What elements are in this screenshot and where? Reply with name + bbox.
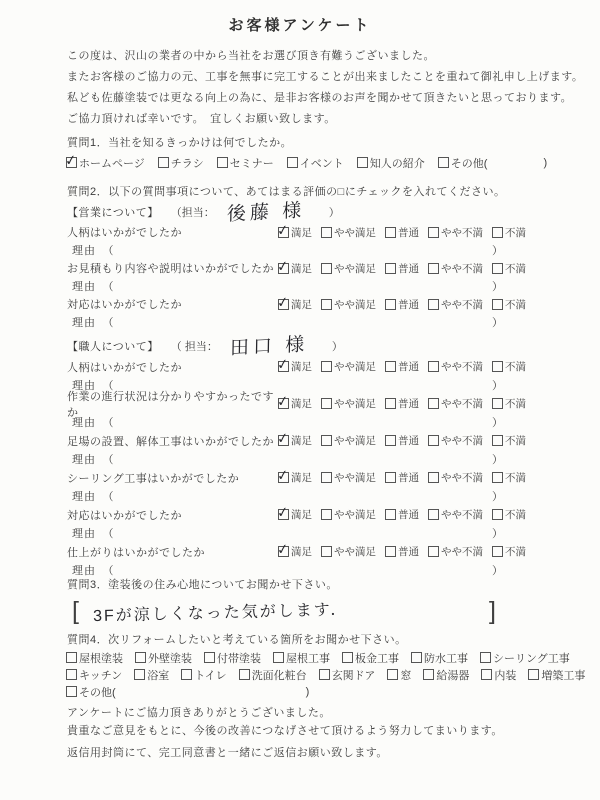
rating-option-label: やや不満 [441, 261, 483, 276]
rating-option[interactable]: やや満足 [321, 544, 376, 559]
rating-option[interactable]: やや満足 [321, 297, 376, 312]
rating-row: 人柄はいかがでしたか 満足 やや満足 [67, 357, 600, 376]
q4-option[interactable]: 屋根工事 [273, 650, 330, 666]
checkbox[interactable] [66, 157, 77, 168]
rating-options: 満足 やや満足 普通 [278, 396, 526, 411]
rating-question: 足場の設置、解体工事はいかがでしたか [67, 433, 278, 449]
checkbox[interactable] [428, 361, 439, 372]
checkbox[interactable] [217, 157, 228, 168]
q2-title: 質問2．以下の質問事項について、あてはまる評価の□にチェックを入れてください。 [67, 186, 600, 199]
option-label: その他( [79, 684, 116, 700]
option-label: 板金工事 [355, 650, 399, 666]
footer-line: アンケートにご協力頂きありがとうございました。 [67, 707, 600, 720]
checkbox[interactable] [239, 669, 250, 680]
rating-option-label: 満足 [291, 470, 312, 485]
checkbox[interactable] [387, 669, 398, 680]
q4-option[interactable]: 外壁塗装 [135, 650, 192, 666]
staff-line: （ 担当： 田口 様 ） [171, 333, 343, 360]
option-label: セミナー [230, 155, 274, 171]
option-label: 知人の紹介 [370, 155, 425, 171]
checkbox[interactable] [438, 157, 449, 168]
rating-option-label: 普通 [398, 433, 419, 448]
rating-option-label: 不満 [505, 396, 526, 411]
other-blank-field[interactable] [116, 687, 306, 697]
rating-option[interactable]: やや不満 [428, 225, 483, 240]
option-label: 窓 [400, 667, 411, 683]
reason-close-paren: ） [492, 314, 504, 330]
option-label: キッチン [79, 667, 122, 683]
rating-option[interactable]: やや満足 [321, 225, 376, 240]
rating-option[interactable]: やや満足 [321, 396, 376, 411]
rating-option-label: やや不満 [441, 544, 483, 559]
rating-option[interactable]: 満足 [278, 507, 312, 522]
rating-row: 仕上がりはいかがでしたか 満足 やや満足 [67, 542, 600, 561]
rating-option-label: 満足 [291, 297, 312, 312]
q4-option[interactable]: 給湯器 [423, 667, 469, 683]
checkbox[interactable] [278, 299, 289, 310]
option-label: ホームページ [79, 155, 145, 171]
q4-option[interactable]: シーリング工事 [480, 650, 570, 666]
q4-options-row-1: 屋根塗装 外壁塗装 付帯塗装 屋根工事 [66, 651, 600, 664]
checkbox[interactable] [385, 263, 396, 274]
rating-option[interactable]: 不満 [492, 359, 526, 374]
staff-prefix: （担当： [171, 204, 215, 220]
section-craftsman-heading: 【職人について】 （ 担当： 田口 様 ） [67, 335, 600, 357]
rating-option[interactable]: 満足 [278, 470, 312, 485]
reason-label: 理由 （ [72, 451, 115, 467]
rating-option[interactable]: やや不満 [428, 261, 483, 276]
section-title: 【職人について】 [67, 338, 159, 354]
rating-option[interactable]: 不満 [492, 470, 526, 485]
checkbox[interactable] [287, 157, 298, 168]
rating-option-label: やや満足 [334, 470, 376, 485]
q4-option[interactable]: キッチン [66, 667, 122, 683]
option-label: 屋根工事 [286, 650, 330, 666]
checkbox[interactable] [385, 398, 396, 409]
craftsman-rating-rows: 人柄はいかがでしたか 満足 やや満足 [0, 357, 600, 579]
rating-option[interactable]: 満足 [278, 433, 312, 448]
rating-row: お見積もり内容や説明はいかがでしたか 満足 やや満足 [67, 259, 600, 277]
checkbox[interactable] [321, 509, 332, 520]
reason-label: 理由 （ [72, 562, 115, 578]
checkbox[interactable] [181, 669, 192, 680]
q4-option[interactable]: 内装 [481, 667, 516, 683]
rating-option-label: 不満 [505, 433, 526, 448]
checkbox[interactable] [357, 157, 368, 168]
reason-line: 理由 （ ） [72, 561, 504, 579]
staff-suffix: ） [329, 204, 340, 220]
rating-option-label: 不満 [505, 470, 526, 485]
rating-option-label: 普通 [398, 359, 419, 374]
option-label: 内装 [494, 667, 516, 683]
checkbox[interactable] [428, 509, 439, 520]
rating-options: 満足 やや満足 普通 [278, 297, 526, 312]
checkbox[interactable] [385, 361, 396, 372]
reason-line: 理由 （ ） [72, 241, 504, 259]
checkbox[interactable] [385, 227, 396, 238]
q4-option[interactable]: 浴室 [134, 667, 169, 683]
rating-option-label: やや満足 [334, 544, 376, 559]
rating-option[interactable]: 満足 [278, 261, 312, 276]
rating-option-label: やや満足 [334, 359, 376, 374]
rating-option-label: 不満 [505, 261, 526, 276]
rating-question: シーリング工事はいかがでしたか [67, 470, 278, 486]
rating-option-label: 満足 [291, 433, 312, 448]
rating-option-label: 満足 [291, 507, 312, 522]
checkbox[interactable] [135, 652, 146, 663]
intro-line: この度は、沢山の業者の中から当社をお選び頂き有難うございました。 [67, 46, 600, 67]
reason-line: 理由 （ ） [72, 277, 504, 295]
q4-option[interactable]: 増築工事 [528, 667, 585, 683]
reason-label: 理由 （ [72, 525, 115, 541]
rating-option[interactable]: やや不満 [428, 470, 483, 485]
checkbox[interactable] [204, 652, 215, 663]
rating-option-label: 不満 [505, 297, 526, 312]
checkbox[interactable] [411, 652, 422, 663]
checkbox[interactable] [278, 546, 289, 557]
rating-option[interactable]: やや不満 [428, 433, 483, 448]
page-title: お客様アンケート [0, 0, 600, 34]
footer-line: 返信用封筒にて、完工同意書と一緒にご返信お願い致します。 [67, 747, 600, 760]
rating-option-label: やや満足 [334, 261, 376, 276]
checkbox[interactable] [428, 299, 439, 310]
staff-name-handwritten: 後藤 様 [227, 194, 317, 226]
rating-option-label: やや満足 [334, 225, 376, 240]
checkbox[interactable] [428, 435, 439, 446]
survey-page: お客様アンケート この度は、沢山の業者の中から当社をお選び頂き有難うございました… [0, 0, 600, 800]
rating-option-label: 普通 [398, 225, 419, 240]
rating-option[interactable]: やや満足 [321, 433, 376, 448]
reason-line: 理由 （ ） [72, 450, 504, 468]
checkbox[interactable] [428, 546, 439, 557]
rating-options: 満足 やや満足 普通 [278, 225, 526, 240]
q1-title: 質問1．当社を知るきっかけは何でしたか。 [67, 137, 600, 150]
option-label: 洗面化粧台 [252, 667, 307, 683]
reason-close-paren: ） [492, 451, 504, 467]
rating-option-label: やや不満 [441, 225, 483, 240]
checkbox[interactable] [528, 669, 539, 680]
checkbox[interactable] [492, 509, 503, 520]
q4-option[interactable]: 玄関ドア [319, 667, 376, 683]
q4-options-row-other: その他( ) [66, 685, 600, 698]
checkbox[interactable] [385, 435, 396, 446]
q4-option[interactable]: 洗面化粧台 [239, 667, 307, 683]
option-label: 増築工事 [541, 667, 585, 683]
rating-option-label: 満足 [291, 359, 312, 374]
q4-option[interactable]: 窓 [387, 667, 411, 683]
footer-line: 貴重なご意見をもとに、今後の改善につなげさせて頂けるよう努力してまいります。 [67, 725, 600, 738]
rating-row: 作業の進行状況は分かりやすかったですか 満足 やや満足 [67, 394, 600, 413]
rating-row: 足場の設置、解体工事はいかがでしたか 満足 やや満足 [67, 431, 600, 450]
rating-option-label: 普通 [398, 507, 419, 522]
rating-option[interactable]: 不満 [492, 225, 526, 240]
rating-option[interactable]: やや満足 [321, 507, 376, 522]
rating-option[interactable]: やや満足 [321, 261, 376, 276]
checkbox[interactable] [134, 669, 145, 680]
q1-option[interactable]: 知人の紹介 [357, 155, 425, 171]
q4-option[interactable]: 板金工事 [342, 650, 399, 666]
q3-handwritten-answer: 3Fが涼しくなった気がします． [93, 592, 490, 625]
q4-option-other[interactable]: その他( ) [66, 684, 309, 700]
option-label: 玄関ドア [332, 667, 376, 683]
rating-option[interactable]: やや不満 [428, 297, 483, 312]
rating-option[interactable]: 普通 [385, 544, 419, 559]
rating-option-label: やや満足 [334, 297, 376, 312]
checkbox[interactable] [428, 398, 439, 409]
rating-option-label: やや満足 [334, 433, 376, 448]
reason-label: 理由 （ [72, 314, 115, 330]
rating-option-label: 不満 [505, 544, 526, 559]
intro-paragraph: この度は、沢山の業者の中から当社をお選び頂き有難うございました。 またお客様のご… [67, 46, 600, 130]
q1-option-list: ホームページ チラシ セミナー イベント [66, 155, 425, 171]
rating-options: 満足 やや満足 普通 [278, 470, 526, 485]
option-label: 浴室 [147, 667, 169, 683]
rating-option-label: やや不満 [441, 359, 483, 374]
rating-option[interactable]: 不満 [492, 261, 526, 276]
checkbox[interactable] [492, 361, 503, 372]
rating-question: 仕上がりはいかがでしたか [67, 544, 278, 560]
rating-option-label: 不満 [505, 507, 526, 522]
q1-option[interactable]: ホームページ [66, 155, 145, 171]
rating-option[interactable]: 満足 [278, 297, 312, 312]
sales-rating-rows: 人柄はいかがでしたか 満足 やや満足 [0, 223, 600, 331]
rating-option-label: やや不満 [441, 507, 483, 522]
paren-close: ) [543, 157, 547, 169]
rating-options: 満足 やや満足 普通 [278, 359, 526, 374]
checkbox[interactable] [66, 686, 77, 697]
q1-option[interactable]: セミナー [217, 155, 274, 171]
checkbox[interactable] [321, 546, 332, 557]
checkbox[interactable] [342, 652, 353, 663]
checkbox[interactable] [158, 157, 169, 168]
checkbox[interactable] [278, 472, 289, 483]
q3-answer-area[interactable]: [ 3Fが涼しくなった気がします． ] [72, 593, 496, 629]
rating-option[interactable]: 普通 [385, 470, 419, 485]
rating-options: 満足 やや満足 普通 [278, 507, 526, 522]
rating-option[interactable]: 不満 [492, 507, 526, 522]
checkbox[interactable] [428, 263, 439, 274]
reason-close-paren: ） [492, 488, 504, 504]
checkbox[interactable] [428, 472, 439, 483]
staff-suffix: ） [332, 338, 343, 354]
q4-option-list-1: 屋根塗装 外壁塗装 付帯塗装 屋根工事 [66, 650, 570, 666]
rating-option-label: やや満足 [334, 396, 376, 411]
rating-option-label: 普通 [398, 470, 419, 485]
checkbox[interactable] [492, 398, 503, 409]
option-label: 付帯塗装 [217, 650, 261, 666]
checkbox[interactable] [385, 472, 396, 483]
paren-close: ) [306, 686, 310, 698]
checkbox[interactable] [492, 299, 503, 310]
rating-option[interactable]: 不満 [492, 396, 526, 411]
option-label: シーリング工事 [493, 650, 570, 666]
reason-close-paren: ） [492, 525, 504, 541]
checkbox[interactable] [423, 669, 434, 680]
checkbox[interactable] [66, 652, 77, 663]
rating-question: 対応はいかがでしたか [67, 507, 278, 523]
checkbox[interactable] [278, 398, 289, 409]
rating-option-label: やや不満 [441, 433, 483, 448]
checkbox[interactable] [278, 263, 289, 274]
option-label: 外壁塗装 [148, 650, 192, 666]
q1-options-row: ホームページ チラシ セミナー イベント [66, 156, 600, 169]
reason-label: 理由 （ [72, 278, 115, 294]
rating-options: 満足 やや満足 普通 [278, 261, 526, 276]
q4-option[interactable]: 付帯塗装 [204, 650, 261, 666]
rating-option-label: やや不満 [441, 470, 483, 485]
intro-line: 私ども佐藤塗装では更なる向上の為に、是非お客様のお声を聞かせて頂きたいと思ってお… [67, 88, 600, 109]
rating-option[interactable]: 普通 [385, 297, 419, 312]
checkbox[interactable] [321, 227, 332, 238]
rating-option[interactable]: 満足 [278, 359, 312, 374]
rating-option[interactable]: 普通 [385, 225, 419, 240]
checkbox[interactable] [273, 652, 284, 663]
rating-option[interactable]: 満足 [278, 544, 312, 559]
option-label: 給湯器 [436, 667, 469, 683]
rating-option[interactable]: 普通 [385, 359, 419, 374]
rating-option[interactable]: 満足 [278, 396, 312, 411]
option-label: トイレ [194, 667, 226, 683]
rating-option[interactable]: 普通 [385, 507, 419, 522]
rating-option-label: 満足 [291, 261, 312, 276]
rating-option[interactable]: 普通 [385, 261, 419, 276]
rating-option[interactable]: 普通 [385, 433, 419, 448]
staff-name-handwritten: 田口 様 [230, 328, 320, 360]
checkbox[interactable] [278, 435, 289, 446]
rating-option[interactable]: 普通 [385, 396, 419, 411]
reason-label: 理由 （ [72, 242, 115, 258]
q3-title: 質問3．塗装後の住み心地についてお聞かせ下さい。 [67, 579, 600, 592]
checkbox[interactable] [481, 669, 492, 680]
checkbox[interactable] [278, 361, 289, 372]
option-label: イベント [300, 155, 344, 171]
checkbox[interactable] [321, 398, 332, 409]
checkbox[interactable] [385, 546, 396, 557]
rating-option[interactable]: やや不満 [428, 359, 483, 374]
rating-option-label: やや満足 [334, 507, 376, 522]
rating-option-label: 普通 [398, 544, 419, 559]
rating-option[interactable]: 不満 [492, 433, 526, 448]
rating-options: 満足 やや満足 普通 [278, 433, 526, 448]
checkbox[interactable] [492, 435, 503, 446]
rating-option-label: やや不満 [441, 396, 483, 411]
rating-question: お見積もり内容や説明はいかがでしたか [67, 260, 278, 276]
q4-options-row-2: キッチン 浴室 トイレ 洗面化粧台 [66, 668, 600, 681]
reason-label: 理由 （ [72, 488, 115, 504]
rating-row: 対応はいかがでしたか 満足 やや満足 [67, 505, 600, 524]
checkbox[interactable] [321, 361, 332, 372]
option-label: チラシ [171, 155, 204, 171]
checkbox[interactable] [492, 263, 503, 274]
intro-line: ご協力頂ければ幸いです。 宜しくお願い致します。 [67, 109, 600, 130]
rating-option-label: 満足 [291, 225, 312, 240]
rating-question: 人柄はいかがでしたか [67, 359, 278, 375]
option-label: 防水工事 [424, 650, 468, 666]
staff-line: （担当： 後藤 様 ） [171, 199, 340, 226]
checkbox[interactable] [321, 435, 332, 446]
checkbox[interactable] [492, 227, 503, 238]
rating-option-label: 不満 [505, 359, 526, 374]
checkbox[interactable] [428, 227, 439, 238]
checkbox[interactable] [492, 546, 503, 557]
reason-line: 理由 （ ） [72, 524, 504, 542]
rating-question: 人柄はいかがでしたか [67, 224, 278, 240]
q1-option[interactable]: イベント [287, 155, 344, 171]
option-label: その他( [451, 155, 488, 171]
q4-title: 質問4．次リフォームしたいと考えている箇所をお聞かせ下さい。 [67, 634, 600, 647]
q4-option[interactable]: 屋根塗装 [66, 650, 123, 666]
rating-option[interactable]: やや不満 [428, 396, 483, 411]
rating-options: 満足 やや満足 普通 [278, 544, 526, 559]
section-sales-heading: 【営業について】 （担当： 後藤 様 ） [67, 201, 600, 223]
footer: アンケートにご協力頂きありがとうございました。 貴重なご意見をもとに、今後の改善… [67, 707, 600, 760]
checkbox[interactable] [319, 669, 330, 680]
reason-label: 理由 （ [72, 414, 115, 430]
rating-option[interactable]: やや不満 [428, 544, 483, 559]
rating-option[interactable]: やや満足 [321, 470, 376, 485]
checkbox[interactable] [321, 299, 332, 310]
rating-option-label: やや不満 [441, 297, 483, 312]
option-label: 屋根塗装 [79, 650, 123, 666]
section-title: 【営業について】 [67, 204, 159, 220]
reason-line: 理由 （ ） [72, 313, 504, 331]
q1-option[interactable]: チラシ [158, 155, 204, 171]
rating-row: 人柄はいかがでしたか 満足 やや満足 [67, 223, 600, 241]
reason-line: 理由 （ ） [72, 487, 504, 505]
reason-close-paren: ） [492, 278, 504, 294]
rating-option[interactable]: 満足 [278, 225, 312, 240]
checkbox[interactable] [66, 669, 77, 680]
rating-option-label: 普通 [398, 297, 419, 312]
rating-option-label: 満足 [291, 544, 312, 559]
rating-row: シーリング工事はいかがでしたか 満足 やや満足 [67, 468, 600, 487]
rating-option-label: 普通 [398, 396, 419, 411]
bracket-open: [ [72, 596, 79, 626]
checkbox[interactable] [278, 227, 289, 238]
rating-option[interactable]: やや満足 [321, 359, 376, 374]
rating-option-label: 不満 [505, 225, 526, 240]
reason-close-paren: ） [492, 242, 504, 258]
q4-option-list-2: キッチン 浴室 トイレ 洗面化粧台 [66, 667, 585, 683]
reason-close-paren: ） [492, 377, 504, 393]
checkbox[interactable] [385, 299, 396, 310]
checkbox[interactable] [321, 472, 332, 483]
bracket-close: ] [489, 596, 496, 626]
q1-option-other[interactable]: その他( ) [438, 155, 547, 171]
reason-close-paren: ） [492, 414, 504, 430]
rating-question: 対応はいかがでしたか [67, 296, 278, 312]
rating-row: 対応はいかがでしたか 満足 やや満足 [67, 295, 600, 313]
staff-prefix: （ 担当： [171, 338, 218, 354]
other-blank-field[interactable] [487, 158, 543, 168]
checkbox[interactable] [385, 509, 396, 520]
q4-option[interactable]: 防水工事 [411, 650, 468, 666]
checkbox[interactable] [492, 472, 503, 483]
rating-option[interactable]: やや不満 [428, 507, 483, 522]
checkbox[interactable] [278, 509, 289, 520]
rating-option[interactable]: 不満 [492, 544, 526, 559]
reason-close-paren: ） [492, 562, 504, 578]
checkbox[interactable] [480, 652, 491, 663]
q4-option[interactable]: トイレ [181, 667, 226, 683]
checkbox[interactable] [321, 263, 332, 274]
rating-option-label: 満足 [291, 396, 312, 411]
intro-line: またお客様のご協力の元、工事を無事に完工することが出来ましたことを重ねて御礼申し… [67, 67, 600, 88]
rating-option[interactable]: 不満 [492, 297, 526, 312]
rating-option-label: 普通 [398, 261, 419, 276]
